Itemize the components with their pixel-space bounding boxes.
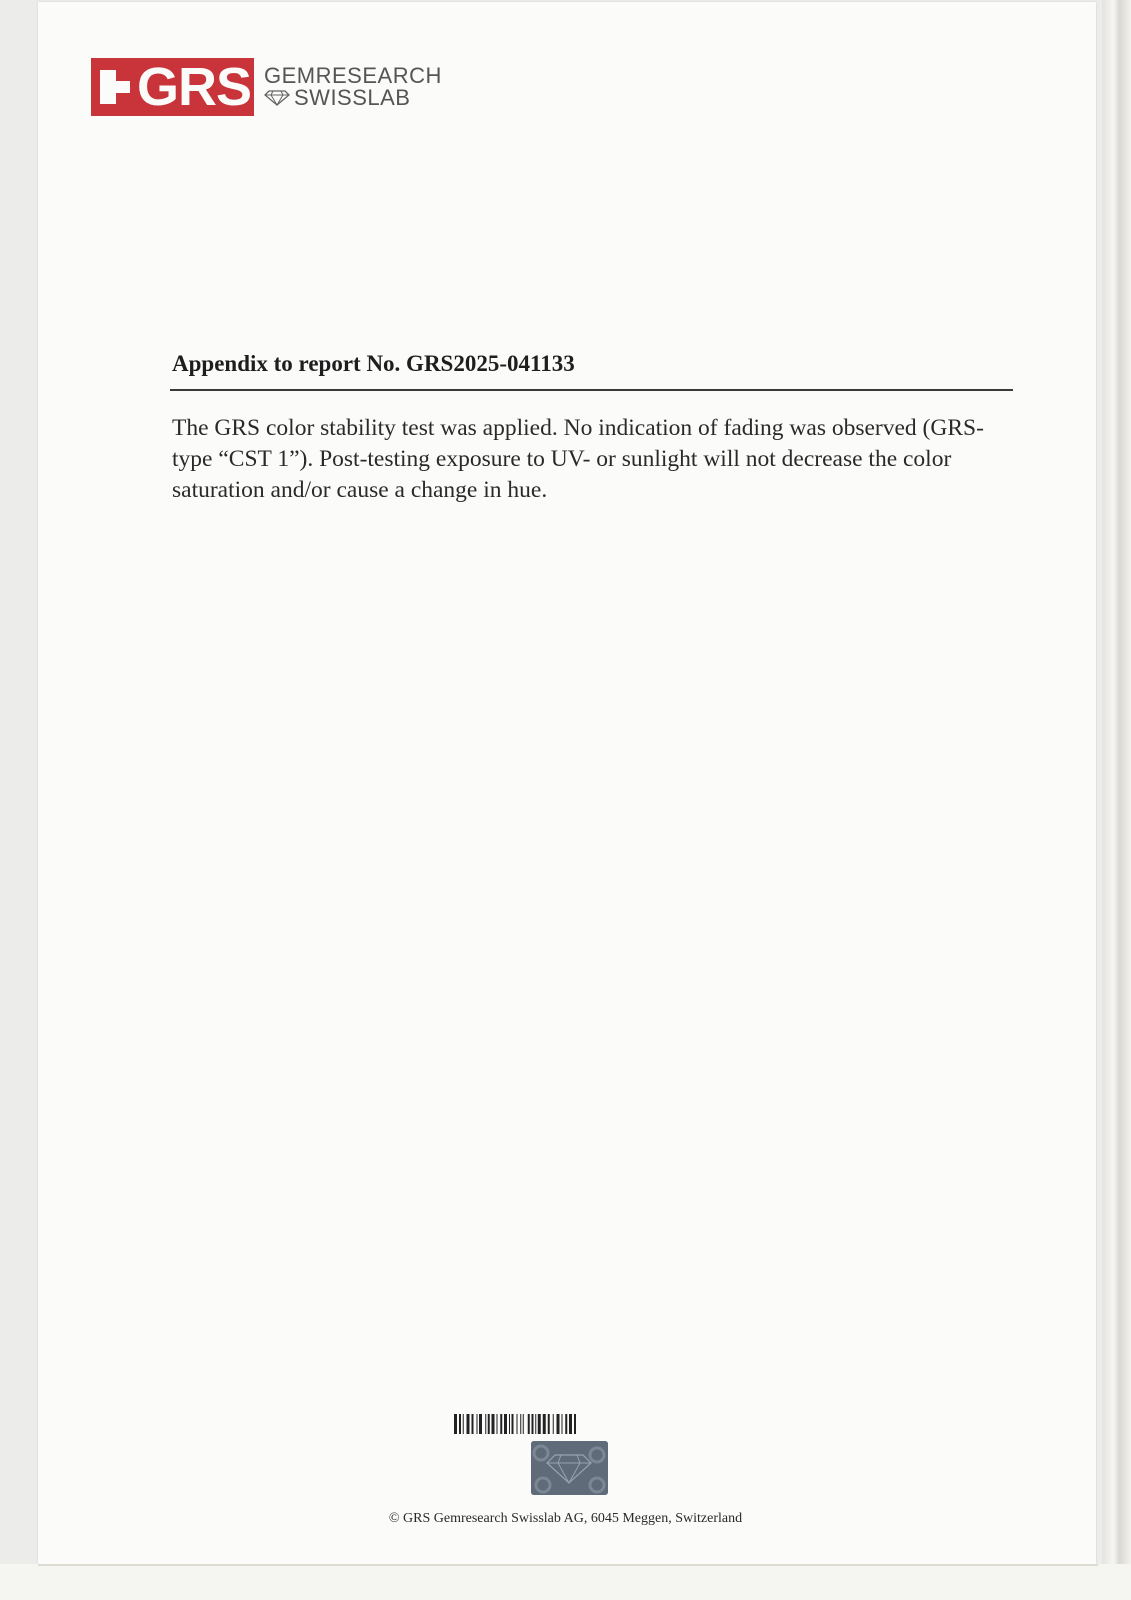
document-page [38, 2, 1096, 1564]
heading-divider [170, 389, 1013, 391]
logo-wordmark: GEMRESEARCH SWISSLAB [264, 65, 442, 109]
logo-mark: GRS [91, 58, 254, 116]
swiss-cross-icon [100, 70, 130, 104]
logo-line-1: GEMRESEARCH [264, 65, 442, 87]
appendix-heading: Appendix to report No. GRS2025-041133 [172, 351, 575, 377]
logo-mark-text: GRS [137, 59, 251, 115]
page-bottom-edge [38, 1564, 1098, 1566]
logo-line-2: SWISSLAB [294, 87, 410, 109]
grs-logo: GRS GEMRESEARCH SWISSLAB [91, 58, 442, 116]
diamond-icon [264, 90, 290, 106]
footer-copyright: © GRS Gemresearch Swisslab AG, 6045 Megg… [0, 1511, 1131, 1527]
appendix-body: The GRS color stability test was applied… [172, 413, 1017, 506]
barcode-icon [454, 1414, 682, 1434]
hologram-diamond-icon [531, 1441, 608, 1495]
scan-background [0, 1564, 1131, 1600]
paper-edge [1102, 0, 1131, 1600]
